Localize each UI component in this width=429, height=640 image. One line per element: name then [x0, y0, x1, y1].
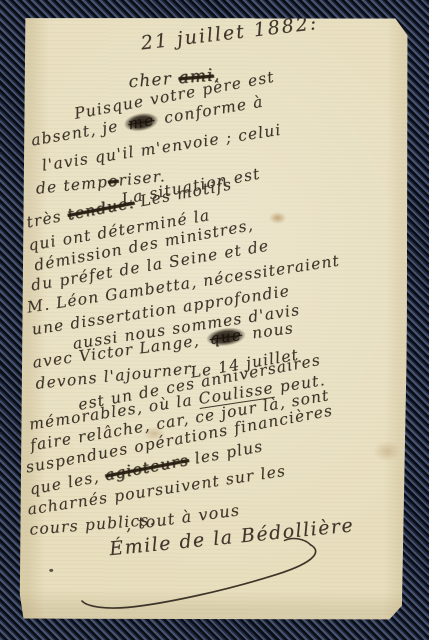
ink-blot-word: que [204, 325, 247, 348]
date-line: 21 juillet 1882: [140, 12, 320, 54]
signature-flourish [48, 529, 369, 626]
ink-blot-word: me [123, 110, 160, 133]
letter-paper: 21 juillet 1882: cher ami, Puisque votre… [19, 16, 409, 622]
paper-stain [267, 210, 289, 225]
date-text: 21 juillet 1882: [140, 12, 320, 54]
paper-stain [370, 438, 404, 464]
